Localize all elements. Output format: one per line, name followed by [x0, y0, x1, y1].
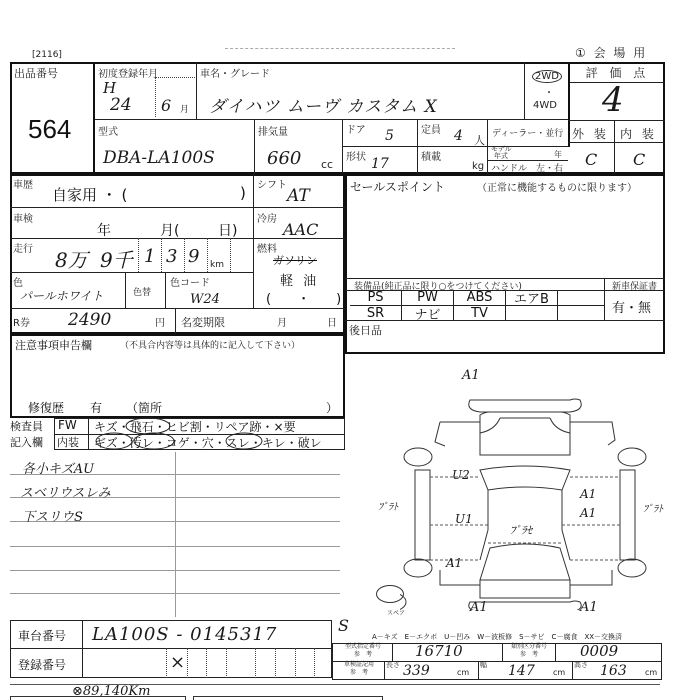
type-designation-value: 16710 [415, 642, 463, 660]
shift-label: シフト [257, 176, 287, 191]
spare-tire-icon [376, 585, 404, 603]
equip-abs[interactable]: ABS [454, 290, 506, 305]
venue-note: ① 会 場 用 [575, 44, 647, 61]
sales-block [345, 174, 665, 354]
drive-cell: 2WD ・ 4WD [524, 62, 568, 120]
lot-number: 564 [28, 114, 71, 145]
sheet-code: [2116] [32, 50, 62, 60]
lot-cell: 出品番号 564 [10, 62, 95, 174]
sales-point-note: （正常に機能するものに限ります） [477, 179, 637, 194]
car-name-label: 車名・グレード [200, 65, 270, 80]
note-line-1: 各小キズAU [22, 458, 94, 477]
history-value: 自家用 ・ ( [52, 184, 127, 205]
mark-rear-bumper-left: A1 [470, 600, 488, 615]
header-faint-line [225, 48, 455, 49]
ac-value: AAC [283, 220, 318, 239]
model-year-cell: モデル 年式 年 [488, 147, 568, 161]
mileage-d1: 1 [144, 246, 155, 267]
note-line-2: スベリウスレみ [20, 482, 111, 501]
equip-blank-3[interactable] [558, 305, 604, 320]
ac-label: 冷房 [257, 210, 277, 225]
mark-right-front-door: A1 [580, 487, 596, 501]
first-registration-cell: 初度登録年月 H 24 6 月 [95, 62, 197, 120]
doors-label: ドア [346, 121, 366, 136]
mark-left-step: ﾌﾟﾗﾄ [378, 498, 398, 513]
shape-value: 17 [371, 156, 389, 172]
mileage-man: 8万 [55, 244, 88, 273]
dealer-cell: ディーラー・並行 [488, 120, 568, 147]
mark-left-front-door: U2 [452, 468, 470, 482]
model-code-label: 型式 [98, 123, 118, 138]
category-number-label: 類別区分番号参 考 [503, 643, 555, 659]
lot-label: 出品番号 [14, 65, 58, 81]
warranty-value: 有・無 [612, 297, 651, 316]
mileage-d2: 3 [166, 246, 177, 267]
note-line-3: 下スリウS [22, 506, 83, 525]
type-designation-label: 型式指定番号参 考 [334, 643, 392, 659]
dealer-label: ディーラー・並行 [492, 126, 563, 139]
inspection-label: 車検 [13, 210, 33, 225]
length-value: 339 [403, 663, 430, 679]
equip-ps[interactable]: PS [350, 290, 402, 305]
capacity-cell: 定員 4 人 [418, 120, 488, 147]
year-value: 24 [110, 95, 132, 115]
car-name-value: ダイハツ ムーヴ カスタム X [209, 92, 438, 117]
chassis-value: LA100S - 0145317 [92, 624, 277, 645]
mileage-sen: 9千 [100, 244, 133, 273]
equip-navi[interactable]: ナビ [402, 305, 454, 320]
mileage-label: 走行 [13, 240, 33, 255]
dims-label: 車検証記用参 考 [334, 661, 384, 677]
handle-cell: ハンドル 左・右 [488, 161, 568, 174]
notes-note: （不具合内容等は具体的に記入して下さい） [120, 338, 300, 351]
width-label: 幅 [480, 660, 487, 670]
height-value: 163 [600, 663, 627, 679]
damage-legend: A－キズ E－エクボ U－凹み W－波板修 S－サビ C－腐食 XX－交換済 [372, 632, 622, 642]
spare-label: スペア [387, 608, 405, 617]
drive-4wd: 4WD [533, 100, 557, 111]
inspector-entry-label: 記入欄 [10, 434, 43, 450]
mark-rear-roof: ﾌﾟﾗｾ [510, 522, 532, 538]
recycle-label: R券 [13, 314, 30, 329]
mark-left-rear-door: U1 [455, 512, 473, 526]
first-registration-label: 初度登録年月 [98, 65, 158, 80]
load-label: 積載 [421, 148, 441, 163]
interior-value: C [633, 150, 645, 169]
circle-marks [88, 414, 348, 458]
width-value: 147 [508, 663, 535, 679]
mark-right-step: ﾌﾟﾗﾄ [643, 500, 663, 515]
fuel-diesel: 軽 油 [280, 270, 319, 289]
fw-label: FW [58, 418, 77, 432]
color-change-label: 色替 [133, 285, 151, 298]
mark-right-rear-door: A1 [580, 506, 596, 520]
car-name-cell: 車名・グレード ダイハツ ムーヴ カスタム X [197, 62, 524, 120]
displacement-label: 排気量 [258, 123, 288, 138]
mark-left-quarter: A1 [446, 556, 462, 570]
shape-label: 形状 [346, 148, 366, 163]
registration-label: 登録番号 [18, 656, 66, 673]
equip-blank-1[interactable] [558, 290, 604, 305]
interior-label: 内 装 [620, 125, 657, 142]
registration-value: × [170, 652, 185, 673]
capacity-value: 4 [454, 128, 463, 144]
model-code-cell: 型式 DBA-LA100S [95, 120, 255, 174]
model-code-value: DBA-LA100S [103, 148, 215, 168]
length-label: 長さ [386, 660, 400, 670]
history-label: 車歴 [13, 176, 33, 191]
drive-2wd: 2WD [532, 70, 562, 83]
chassis-suffix: S [338, 616, 349, 635]
car-damage-diagram [400, 380, 660, 610]
category-number-value: 0009 [580, 642, 618, 660]
equip-sr[interactable]: SR [350, 305, 402, 320]
equip-airbag[interactable]: エアB [506, 290, 558, 305]
height-label: 高さ [574, 660, 588, 670]
capacity-label: 定員 [421, 121, 441, 136]
sales-point-label: セールスポイント [350, 178, 445, 195]
mark-rear-bumper-right: A1 [580, 600, 598, 615]
exterior-label: 外 装 [572, 125, 609, 142]
shape-cell: 形状 17 [343, 147, 418, 174]
shift-value: AT [287, 186, 310, 206]
load-cell: 積載 kg [418, 147, 488, 174]
month-value: 6 [161, 96, 171, 115]
score-value: 4 [602, 80, 624, 120]
equipment-grid: PS PW ABS エアB SR ナビ TV [350, 290, 604, 320]
doors-cell: ドア 5 [343, 120, 418, 147]
chassis-label: 車台番号 [18, 627, 66, 644]
color-code-value: W24 [190, 292, 220, 307]
interior-items-label: 内装 [57, 434, 79, 450]
recycle-value: 2490 [68, 310, 111, 330]
displacement-cell: 排気量 660 cc [255, 120, 343, 174]
mileage-d3: 9 [188, 246, 199, 267]
name-change-label: 名変期限 [181, 314, 225, 330]
equip-blank-2[interactable] [506, 305, 558, 320]
mark-front-bumper: A1 [462, 368, 480, 383]
exterior-value: C [585, 150, 597, 169]
fuel-gasoline: ガソリン [273, 252, 317, 268]
doors-value: 5 [385, 128, 394, 144]
inspector-label: 検査員 [10, 418, 43, 434]
equip-tv[interactable]: TV [454, 305, 506, 320]
color-value: パールホワイト [20, 287, 103, 304]
color-code-label: 色コード [170, 274, 210, 289]
later-items-label: 後日品 [349, 322, 382, 338]
notes-label: 注意事項申告欄 [15, 337, 92, 353]
displacement-value: 660 [267, 148, 301, 169]
repair-history-label: 修復歴 [28, 399, 64, 416]
